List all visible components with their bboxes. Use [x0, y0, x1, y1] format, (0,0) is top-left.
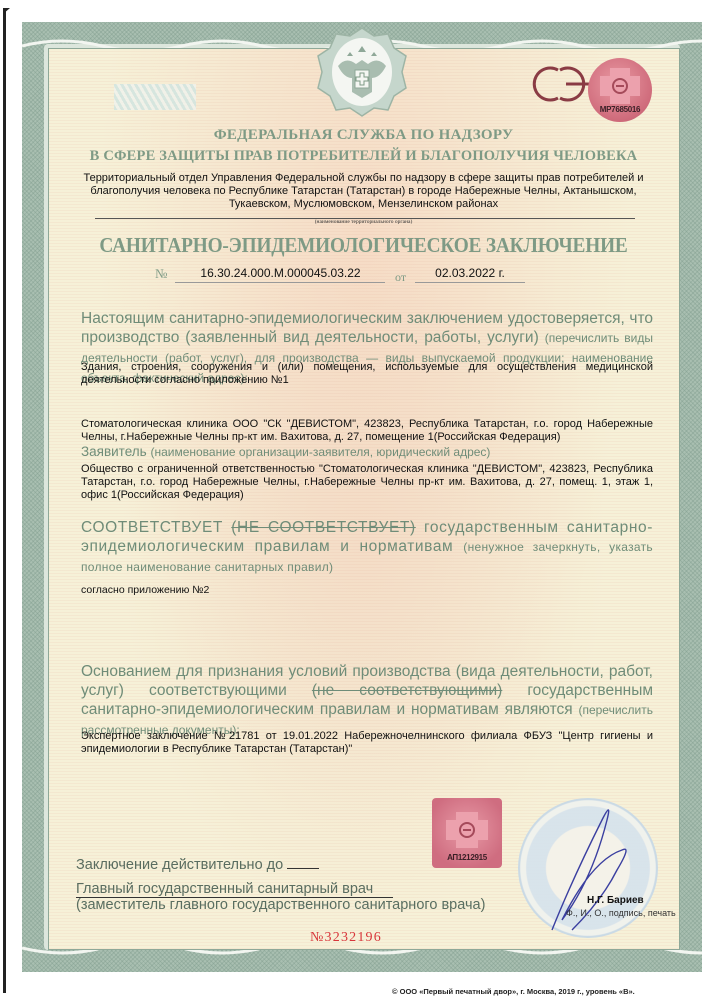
deputy-title: (заместитель главного государственного с… [76, 897, 485, 913]
signature-caption: Ф., И., О., подпись, печать [566, 908, 676, 918]
rules-reference: согласно приложению №2 [81, 584, 653, 597]
valid-until: Заключение действительно до [76, 857, 319, 873]
date-label: от [395, 270, 406, 285]
hologram-strip [114, 84, 196, 110]
se-certification-mark-icon [530, 62, 592, 106]
applicant-details: Общество с ограниченной ответственностью… [81, 463, 653, 502]
activity-description: Здания, строения, сооружения и (или) пом… [81, 361, 653, 387]
complies-text: СООТВЕТСТВУЕТ [81, 519, 223, 536]
eagle-emblem-icon [316, 26, 408, 118]
hologram-square: АП1212915 [432, 798, 502, 868]
applicant-heading: Заявитель (наименование организации-заяв… [81, 444, 653, 459]
valid-until-label: Заключение действительно до [76, 857, 283, 873]
document-title: САНИТАРНО-ЭПИДЕМИОЛОГИЧЕСКОЕ ЗАКЛЮЧЕНИЕ [29, 233, 698, 258]
number-label: № [155, 266, 167, 282]
chief-doctor-title: Главный государственный санитарный врач [76, 881, 393, 898]
hologram-code: МР7685016 [588, 105, 652, 114]
hologram-logo-icon [610, 76, 630, 96]
territorial-body: Территориальный отдел Управления Федерал… [70, 172, 657, 211]
printer-imprint: © ООО «Первый печатный двор», г. Москва,… [392, 987, 635, 996]
document-date: 02.03.2022 г. [415, 266, 525, 280]
agency-name-line2: В СФЕРЕ ЗАЩИТЫ ПРАВ ПОТРЕБИТЕЛЕЙ И БЛАГО… [0, 148, 727, 165]
hologram-round: МР7685016 [588, 58, 652, 122]
applicant-hint: (наименование организации-заявителя, юри… [150, 445, 490, 459]
signature-icon [532, 800, 652, 940]
compliance-section: СООТВЕТСТВУЕТ (НЕ СООТВЕТСТВУЕТ) государ… [81, 518, 653, 577]
applicant-label: Заявитель [81, 444, 147, 459]
object-address: Стоматологическая клиника ООО "СК "ДЕВИС… [81, 418, 653, 444]
document-number: 16.30.24.000.М.000045.03.22 [178, 266, 383, 280]
basis-section: Основанием для признания условий произво… [81, 662, 653, 740]
signer-name: Н.Г. Бариев [587, 895, 644, 906]
basis-struck: (не соответствующими) [312, 682, 502, 699]
not-complies-struck: (НЕ СООТВЕТСТВУЕТ) [231, 519, 416, 536]
hologram-code: АП1212915 [432, 853, 502, 862]
serial-number: №3232196 [310, 930, 382, 946]
territorial-caption: (наименование территориального органа) [0, 219, 727, 225]
agency-name-line1: ФЕДЕРАЛЬНАЯ СЛУЖБА ПО НАДЗОРУ [0, 127, 727, 144]
hologram-logo-icon [457, 820, 477, 840]
basis-documents: Экспертное заключение №21781 от 19.01.20… [81, 730, 653, 756]
